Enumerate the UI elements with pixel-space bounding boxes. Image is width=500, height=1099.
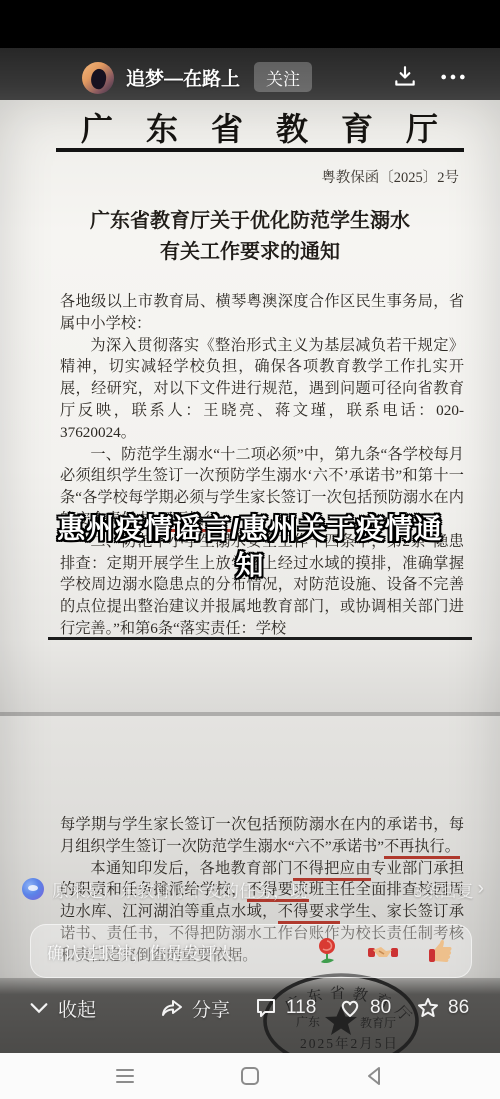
avatar-figure — [88, 67, 108, 91]
commenter-avatar[interactable] — [22, 878, 44, 900]
doc-title-line2: 有关工作要求的通知 — [50, 237, 450, 268]
comment-bubble-icon — [254, 996, 278, 1020]
action-bar: 收起 分享 118 80 86 — [0, 988, 500, 1028]
video-caption: 惠州疫情谣言/惠州关于疫情通 知 — [0, 510, 500, 584]
page-separator — [0, 712, 500, 716]
status-bar — [0, 0, 500, 48]
android-nav-bar — [0, 1053, 500, 1099]
seal-date: 2025年2月5日 — [300, 1035, 399, 1051]
share-button[interactable]: 分享 — [160, 988, 230, 1028]
thumbs-up-icon[interactable] — [423, 935, 455, 967]
doc-number: 粤教保函〔2025〕2号 — [55, 166, 459, 187]
back-icon[interactable] — [361, 1062, 389, 1090]
floating-comment[interactable]: 原来是广东教育厅下发的任务，现 3条回复 › — [22, 877, 484, 901]
doc-title: 广东省教育厅关于优化防范学生溺水 有关工作要求的通知 — [50, 206, 450, 268]
chevron-down-icon — [28, 997, 50, 1019]
doc-salutation: 各地级以上市教育局、横琴粤澳深度合作区民生事务局，省属中小学校： — [60, 291, 464, 335]
doc-continuation: 每学期与学生家长签订一次包括预防溺水在内的承诺书，每月组织学生签订一次防范学生溺… — [60, 814, 464, 858]
doc-para-intro: 为深入贯彻落实《整治形式主义为基层减负若干规定》精神，切实减轻学校负担，确保各项… — [60, 335, 464, 444]
collapse-button[interactable]: 收起 — [28, 988, 96, 1028]
replies-link[interactable]: 3条回复 — [413, 877, 473, 902]
comments-button[interactable]: 118 — [254, 988, 316, 1028]
username[interactable]: 追梦—在路上 — [126, 64, 240, 91]
chevron-right-icon[interactable]: › — [478, 878, 484, 900]
app-screen: 1/2 追梦—在路上 关注 广东省教育厅 粤教保函〔2025〕2号 广东省教育厅… — [0, 0, 500, 1099]
doc-header-rule — [56, 148, 464, 152]
rose-icon[interactable] — [311, 935, 343, 967]
like-count: 80 — [370, 997, 391, 1019]
red-underline-mark: 不得要求 — [278, 903, 340, 924]
red-underline-mark: 不再执行。 — [384, 838, 460, 859]
collapse-label: 收起 — [58, 995, 96, 1022]
comment-input-bar[interactable]: 确认过眼神，你是发评人 — [30, 924, 472, 978]
favorite-count: 86 — [448, 997, 469, 1019]
download-icon[interactable] — [390, 62, 420, 92]
favorite-button[interactable]: 86 — [416, 988, 469, 1028]
more-icon[interactable] — [438, 62, 468, 92]
comment-text[interactable]: 原来是广东教育厅下发的任务，现 — [52, 877, 407, 902]
share-label: 分享 — [192, 995, 230, 1022]
handshake-icon[interactable] — [367, 935, 399, 967]
heart-icon — [338, 996, 362, 1020]
home-icon[interactable] — [236, 1062, 264, 1090]
share-icon — [160, 996, 184, 1020]
recents-icon[interactable] — [111, 1062, 139, 1090]
comment-input-placeholder[interactable]: 确认过眼神，你是发评人 — [47, 939, 287, 964]
avatar[interactable] — [82, 62, 114, 94]
like-button[interactable]: 80 — [338, 988, 391, 1028]
doc-agency-title: 广东省教育厅 — [48, 104, 452, 150]
page1-bottom-rule — [48, 637, 472, 640]
video-header-bar — [0, 48, 500, 100]
doc-body-page1: 各地级以上市教育局、横琴粤澳深度合作区民生事务局，省属中小学校： 为深入贯彻落实… — [60, 291, 464, 638]
comment-count: 118 — [286, 997, 316, 1019]
star-icon — [416, 996, 440, 1020]
caption-line2: 知 — [0, 547, 500, 584]
doc-title-line1: 广东省教育厅关于优化防范学生溺水 — [50, 206, 450, 237]
caption-line1: 惠州疫情谣言/惠州关于疫情通 — [0, 510, 500, 547]
follow-button[interactable]: 关注 — [254, 62, 312, 92]
